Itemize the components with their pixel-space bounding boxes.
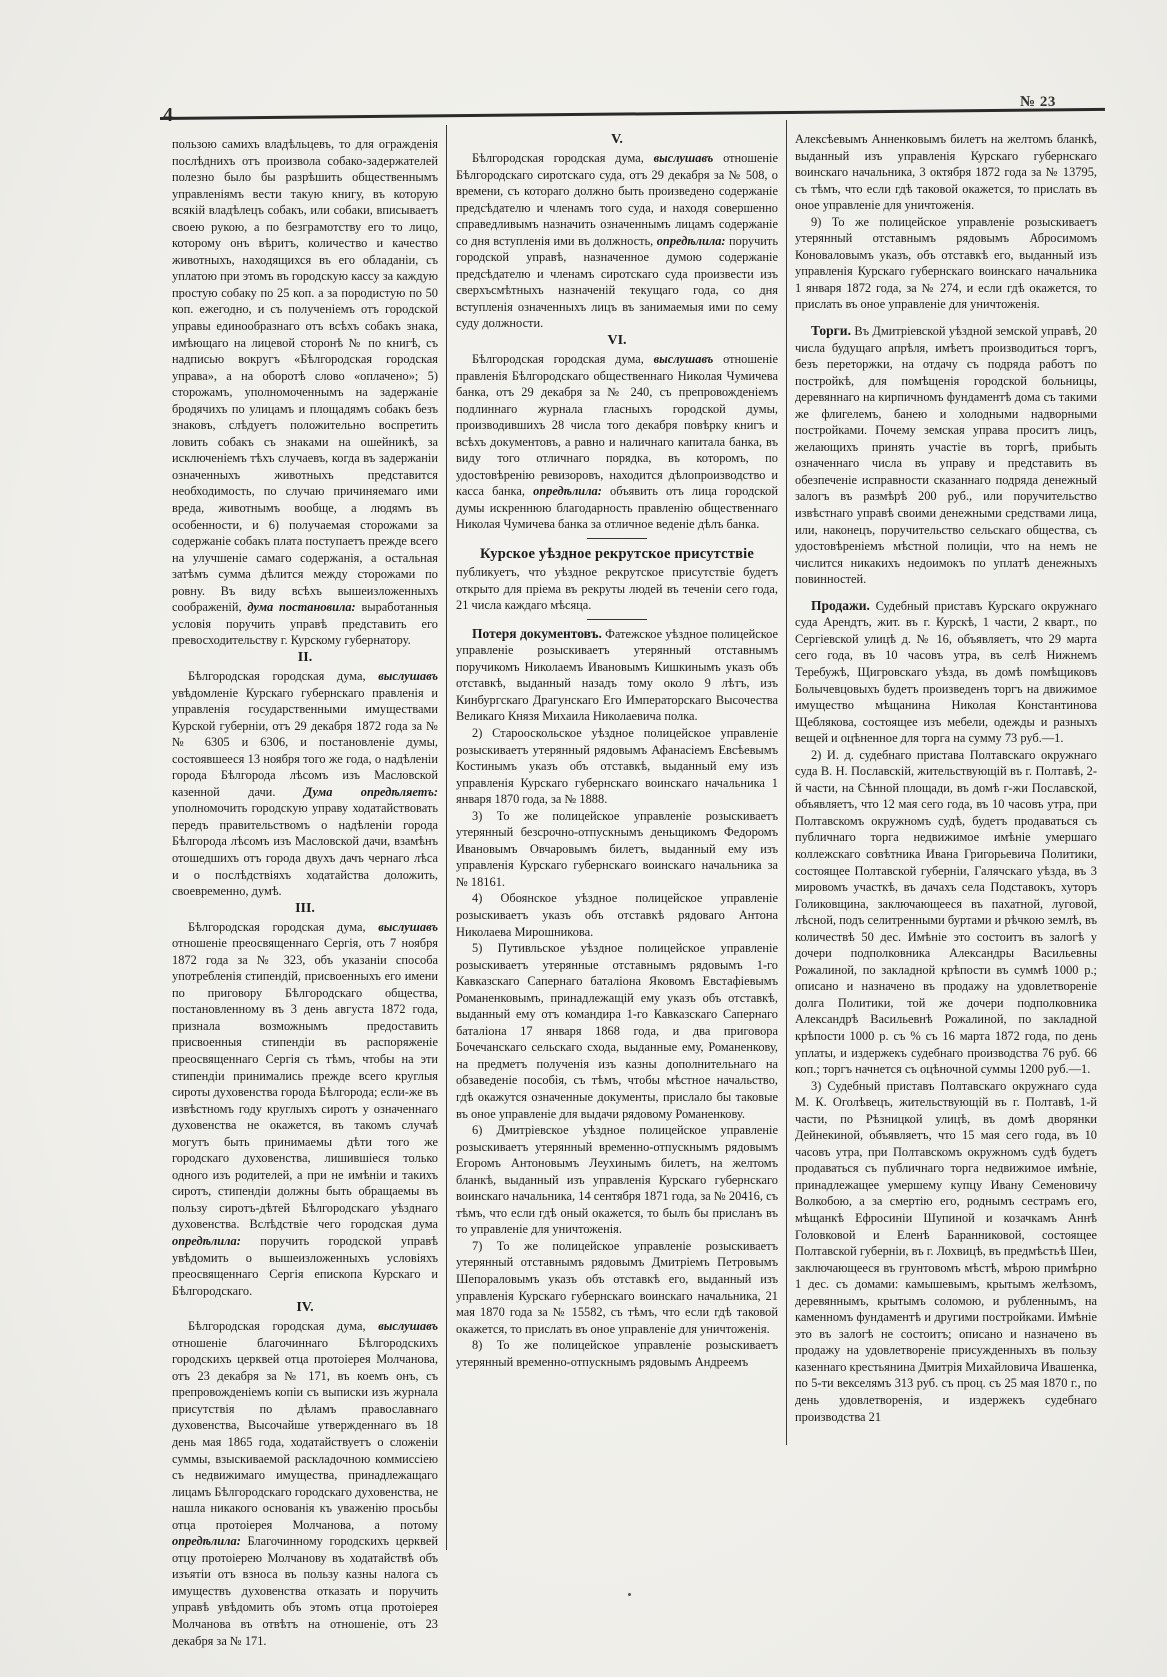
text: Бѣлгородская городская дума, bbox=[188, 1319, 366, 1333]
italic-text: выслушавъ bbox=[378, 1319, 438, 1333]
section-divider bbox=[587, 619, 647, 620]
column-divider-left bbox=[446, 125, 447, 1550]
italic-text: опредѣлила: bbox=[172, 1534, 241, 1548]
article-paragraph: Бѣлгородская городская дума, выслушавъ у… bbox=[172, 668, 438, 900]
italic-text: Дума опредѣляетъ: bbox=[304, 785, 438, 799]
text: отношеніе благочиннаго Бѣлгородскихъ гор… bbox=[172, 1336, 438, 1532]
italic-text: выслушавъ bbox=[654, 352, 714, 366]
text: Бѣлгородская городская дума, bbox=[188, 920, 366, 934]
section-heading-ii: II. bbox=[172, 650, 438, 666]
loss-notice-9: 9) То же полицейское управленіе розыскив… bbox=[795, 214, 1097, 313]
loss-notice-1: Потеря документовъ. Фатежское уѣздное по… bbox=[456, 626, 778, 725]
text: Благочинному городскихъ церквей отцу про… bbox=[172, 1534, 438, 1647]
sales-notice-3: 3) Судебный приставъ Полтавскаго окружна… bbox=[795, 1078, 1097, 1425]
article-paragraph: Бѣлгородская городская дума, выслушавъ о… bbox=[456, 351, 778, 533]
text: пользою самихъ владѣльцевъ, то для ограж… bbox=[172, 137, 438, 614]
loss-notice-5: 5) Путивльское уѣздное полицейское управ… bbox=[456, 940, 778, 1122]
column-3: Алексѣевымъ Анненковымъ билетъ на желтом… bbox=[795, 131, 1097, 1425]
text: Бѣлгородская городская дума, bbox=[472, 352, 644, 366]
recruit-notice-title: Курское уѣздное рекрутское присутствіе bbox=[456, 545, 778, 563]
column-divider-right bbox=[786, 120, 787, 1445]
torgi-notice: Торги. Въ Дмитріевской уѣздной земской у… bbox=[795, 323, 1097, 588]
italic-text: опредѣлила: bbox=[172, 1234, 241, 1248]
loss-notice-2: 2) Старооскольское уѣздное полицейское у… bbox=[456, 725, 778, 808]
text: поручить городской управѣ, назначенное д… bbox=[456, 234, 778, 331]
spacer bbox=[795, 588, 1097, 598]
article-paragraph: Бѣлгородская городская дума, выслушавъ о… bbox=[172, 919, 438, 1300]
page-number: 4 bbox=[163, 104, 173, 127]
loss-notice-7: 7) То же полицейское управленіе розыскив… bbox=[456, 1238, 778, 1337]
text: Бѣлгородская городская дума, bbox=[472, 151, 644, 165]
sales-notice-1: Продажи. Судебный приставъ Курскаго окру… bbox=[795, 598, 1097, 747]
loss-notice-6: 6) Дмитріевское уѣздное полицейское упра… bbox=[456, 1122, 778, 1238]
torgi-title: Торги. bbox=[811, 323, 851, 338]
section-heading-v: V. bbox=[456, 132, 778, 148]
loss-notice-3: 3) То же полицейское управленіе розыскив… bbox=[456, 808, 778, 891]
text: уполномочить городскую управу ходатайств… bbox=[172, 801, 438, 898]
article-paragraph: пользою самихъ владѣльцевъ, то для ограж… bbox=[172, 136, 438, 649]
italic-text: выслушавъ bbox=[654, 151, 714, 165]
italic-text: опредѣлила: bbox=[533, 484, 602, 498]
text: Въ Дмитріевской уѣздной земской управѣ, … bbox=[795, 324, 1097, 586]
spacer bbox=[795, 313, 1097, 323]
newspaper-page: 4 № 23 пользою самихъ владѣльцевъ, то дл… bbox=[0, 0, 1167, 1677]
header-rule bbox=[160, 108, 1105, 120]
sales-title: Продажи. bbox=[811, 598, 870, 613]
italic-text: дума постановила: bbox=[247, 600, 355, 614]
article-paragraph: Бѣлгородская городская дума, выслушавъ о… bbox=[456, 150, 778, 332]
text: Фатежское уѣздное полицейское управленіе… bbox=[456, 627, 778, 724]
text: увѣдомленіе Курскаго губернскаго правлен… bbox=[172, 686, 438, 799]
sales-notice-2: 2) И. д. судебнаго пристава Полтавскаго … bbox=[795, 747, 1097, 1078]
section-heading-iii: III. bbox=[172, 901, 438, 917]
italic-text: опредѣлила: bbox=[657, 234, 726, 248]
loss-notice-8-cont: Алексѣевымъ Анненковымъ билетъ на желтом… bbox=[795, 131, 1097, 214]
loss-notice-title: Потеря документовъ. bbox=[472, 626, 602, 641]
loss-notice-8: 8) То же полицейское управленіе розыскив… bbox=[456, 1337, 778, 1370]
recruit-notice-text: публикуетъ, что уѣздное рекрутское прису… bbox=[456, 564, 778, 614]
column-2: V. Бѣлгородская городская дума, выслушав… bbox=[456, 131, 778, 1370]
italic-text: выслушавъ bbox=[378, 669, 438, 683]
text: Бѣлгородская городская дума, bbox=[188, 669, 366, 683]
section-heading-vi: VI. bbox=[456, 333, 778, 349]
article-paragraph: Бѣлгородская городская дума, выслушавъ о… bbox=[172, 1318, 438, 1649]
section-divider bbox=[587, 538, 647, 539]
loss-notice-4: 4) Обоянское уѣздное полицейское управле… bbox=[456, 890, 778, 940]
text: Судебный приставъ Курскаго окружнаго суд… bbox=[795, 599, 1097, 745]
text: отношеніе правленія Бѣлгородскаго общест… bbox=[456, 352, 778, 498]
text: отношеніе преосвященнаго Сергія, отъ 7 н… bbox=[172, 936, 438, 1231]
column-1: пользою самихъ владѣльцевъ, то для ограж… bbox=[172, 136, 438, 1649]
section-heading-iv: IV. bbox=[172, 1300, 438, 1316]
print-speck bbox=[628, 1593, 631, 1596]
italic-text: выслушавъ bbox=[378, 920, 438, 934]
